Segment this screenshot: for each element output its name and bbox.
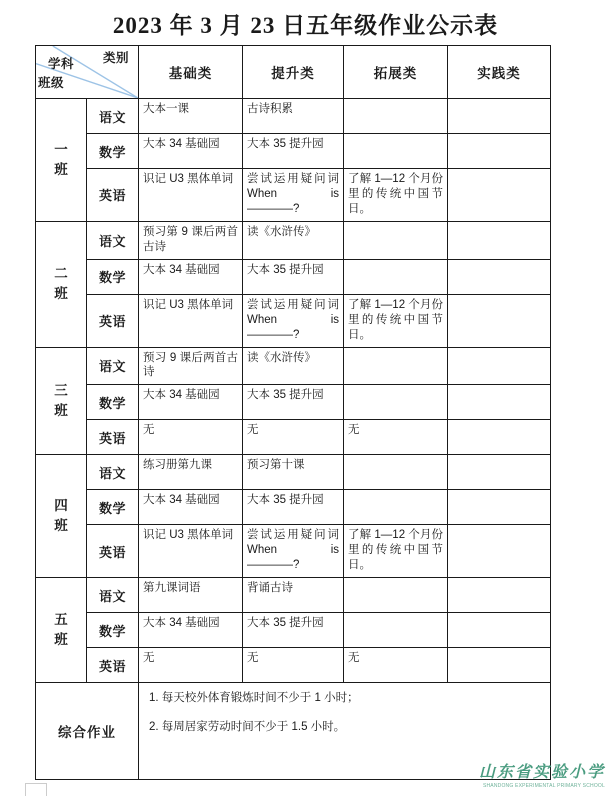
summary-line-1: 1. 每天校外体育锻炼时间不少于 1 小时； <box>149 691 540 706</box>
homework-cell <box>344 613 448 648</box>
document-page: 2023 年 3 月 23 日五年级作业公示表 类别 学科 班级 基础类 提升类 <box>0 7 611 780</box>
homework-cell <box>344 385 448 420</box>
homework-cell: 练习册第九课 <box>139 455 243 490</box>
table-row: 二班语文预习第 9 课后两首古诗读《水浒传》 <box>36 221 551 259</box>
subject-name: 数学 <box>87 613 139 648</box>
homework-cell: 大本 34 基础园 <box>139 385 243 420</box>
homework-cell <box>344 490 448 525</box>
table-row: 数学大本 34 基础园大本 35 提升园 <box>36 134 551 169</box>
homework-cell: 大本 34 基础园 <box>139 259 243 294</box>
subject-name: 英语 <box>87 169 139 222</box>
homework-cell: 大本 34 基础园 <box>139 490 243 525</box>
table-row: 英语识记 U3 黑体单词尝试运用疑问词 When is ————?了解 1—12… <box>36 294 551 347</box>
school-name: 山东省实验小学 <box>479 764 605 782</box>
homework-cell: 了解 1—12 个月份里的传统中国节日。 <box>344 169 448 222</box>
class-name-cell: 五班 <box>36 578 87 683</box>
homework-cell: 识记 U3 黑体单词 <box>139 294 243 347</box>
homework-cell: 尝试运用疑问词 When is ————? <box>243 169 344 222</box>
class-name-cell: 四班 <box>36 455 87 578</box>
homework-cell <box>448 578 551 613</box>
homework-cell: 大本一课 <box>139 99 243 134</box>
homework-cell: 大本 35 提升园 <box>243 613 344 648</box>
corner-label-class: 班级 <box>38 77 64 90</box>
homework-cell: 无 <box>243 420 344 455</box>
column-header-improve: 提升类 <box>243 46 344 99</box>
homework-cell <box>448 490 551 525</box>
school-watermark: 山东省实验小学 SHANDONG EXPERIMENTAL PRIMARY SC… <box>479 764 605 789</box>
table-row: 英语识记 U3 黑体单词尝试运用疑问词 When is ————?了解 1—12… <box>36 169 551 222</box>
homework-cell <box>448 525 551 578</box>
homework-cell <box>448 134 551 169</box>
homework-cell <box>448 99 551 134</box>
subject-name: 语文 <box>87 221 139 259</box>
homework-cell <box>448 347 551 385</box>
homework-cell: 大本 34 基础园 <box>139 613 243 648</box>
page-title: 2023 年 3 月 23 日五年级作业公示表 <box>0 7 611 40</box>
table-row: 英语无无无 <box>36 648 551 683</box>
table-row: 一班语文大本一课古诗积累 <box>36 99 551 134</box>
homework-cell: 古诗积累 <box>243 99 344 134</box>
homework-cell: 了解 1—12 个月份里的传统中国节日。 <box>344 294 448 347</box>
homework-cell <box>344 347 448 385</box>
homework-cell: 无 <box>344 648 448 683</box>
summary-line-2: 2. 每周居家劳动时间不少于 1.5 小时。 <box>149 720 540 735</box>
subject-name: 英语 <box>87 294 139 347</box>
class-name: 一班 <box>54 140 69 181</box>
corner-label-category: 类别 <box>103 52 129 65</box>
corner-cell: 类别 学科 班级 <box>36 46 139 99</box>
summary-label: 综合作业 <box>36 683 139 780</box>
homework-cell: 尝试运用疑问词 When is ————? <box>243 525 344 578</box>
class-name-cell: 三班 <box>36 347 87 455</box>
school-name-english: SHANDONG EXPERIMENTAL PRIMARY SCHOOL <box>479 783 605 789</box>
homework-cell: 大本 35 提升园 <box>243 134 344 169</box>
subject-name: 数学 <box>87 490 139 525</box>
homework-cell <box>448 294 551 347</box>
homework-cell <box>344 455 448 490</box>
homework-cell: 尝试运用疑问词 When is ————? <box>243 294 344 347</box>
class-name: 三班 <box>54 381 69 422</box>
homework-cell: 无 <box>139 648 243 683</box>
summary-row: 综合作业 1. 每天校外体育锻炼时间不少于 1 小时； 2. 每周居家劳动时间不… <box>36 683 551 780</box>
homework-cell <box>448 648 551 683</box>
subject-name: 语文 <box>87 455 139 490</box>
homework-cell: 无 <box>243 648 344 683</box>
homework-cell: 大本 35 提升园 <box>243 385 344 420</box>
homework-cell <box>448 221 551 259</box>
subject-name: 数学 <box>87 385 139 420</box>
header-row: 类别 学科 班级 基础类 提升类 拓展类 实践类 <box>36 46 551 99</box>
corner-label-subject: 学科 <box>48 58 74 71</box>
subject-name: 数学 <box>87 259 139 294</box>
column-header-expand: 拓展类 <box>344 46 448 99</box>
subject-name: 英语 <box>87 648 139 683</box>
homework-cell: 预习第 9 课后两首古诗 <box>139 221 243 259</box>
homework-cell: 预习第十课 <box>243 455 344 490</box>
homework-cell: 读《水浒传》 <box>243 347 344 385</box>
homework-cell: 第九课词语 <box>139 578 243 613</box>
table-row: 数学大本 34 基础园大本 35 提升园 <box>36 490 551 525</box>
table-row: 英语识记 U3 黑体单词尝试运用疑问词 When is ————?了解 1—12… <box>36 525 551 578</box>
homework-cell <box>448 613 551 648</box>
class-name-cell: 二班 <box>36 221 87 347</box>
class-name: 五班 <box>54 610 69 651</box>
homework-cell: 无 <box>139 420 243 455</box>
homework-cell <box>344 134 448 169</box>
table-row: 数学大本 34 基础园大本 35 提升园 <box>36 259 551 294</box>
subject-name: 英语 <box>87 525 139 578</box>
homework-cell: 识记 U3 黑体单词 <box>139 169 243 222</box>
table-row: 三班语文预习 9 课后两首古诗读《水浒传》 <box>36 347 551 385</box>
column-header-practice: 实践类 <box>448 46 551 99</box>
table-row: 五班语文第九课词语背诵古诗 <box>36 578 551 613</box>
homework-cell: 读《水浒传》 <box>243 221 344 259</box>
table-row: 数学大本 34 基础园大本 35 提升园 <box>36 613 551 648</box>
homework-cell: 背诵古诗 <box>243 578 344 613</box>
homework-cell <box>344 221 448 259</box>
homework-cell <box>448 455 551 490</box>
homework-cell <box>344 99 448 134</box>
homework-cell <box>344 259 448 294</box>
homework-table: 类别 学科 班级 基础类 提升类 拓展类 实践类 一班语文大本一课古诗积累数学大… <box>35 45 551 780</box>
table-row: 英语无无无 <box>36 420 551 455</box>
homework-cell: 大本 35 提升园 <box>243 490 344 525</box>
subject-name: 语文 <box>87 99 139 134</box>
homework-cell <box>448 169 551 222</box>
table-row: 四班语文练习册第九课预习第十课 <box>36 455 551 490</box>
homework-cell: 无 <box>344 420 448 455</box>
class-name: 四班 <box>54 496 69 537</box>
subject-name: 数学 <box>87 134 139 169</box>
subject-name: 语文 <box>87 578 139 613</box>
class-name: 二班 <box>54 264 69 305</box>
table-row: 数学大本 34 基础园大本 35 提升园 <box>36 385 551 420</box>
page-corner-artifact <box>25 783 47 796</box>
column-header-basic: 基础类 <box>139 46 243 99</box>
homework-cell: 识记 U3 黑体单词 <box>139 525 243 578</box>
subject-name: 英语 <box>87 420 139 455</box>
homework-cell <box>344 578 448 613</box>
homework-cell: 大本 35 提升园 <box>243 259 344 294</box>
subject-name: 语文 <box>87 347 139 385</box>
class-name-cell: 一班 <box>36 99 87 222</box>
homework-cell: 大本 34 基础园 <box>139 134 243 169</box>
homework-cell <box>448 385 551 420</box>
homework-cell: 预习 9 课后两首古诗 <box>139 347 243 385</box>
homework-cell <box>448 259 551 294</box>
homework-cell <box>448 420 551 455</box>
homework-cell: 了解 1—12 个月份里的传统中国节日。 <box>344 525 448 578</box>
